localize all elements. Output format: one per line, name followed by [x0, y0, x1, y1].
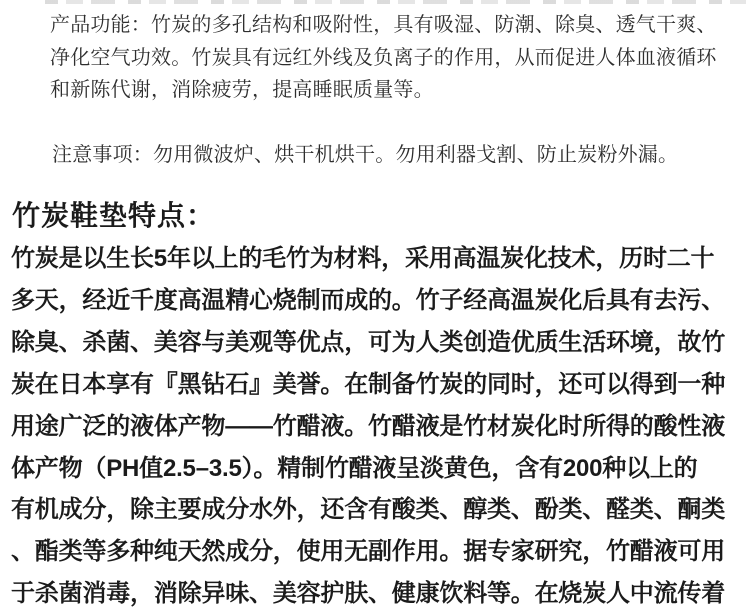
paragraph-line: 竹炭是以生长5年以上的毛竹为材料，采用高温炭化技术，历时二十 [11, 238, 725, 280]
paragraph-line: 和新陈代谢，消除疲劳，提高睡眠质量等。 [50, 74, 717, 107]
product-functions-paragraph: 产品功能：竹炭的多孔结构和吸附性，具有吸湿、防潮、除臭、透气干爽、 净化空气功效… [50, 9, 717, 107]
paragraph-line: 除臭、杀菌、美容与美观等优点，可为人类创造优质生活环境，故竹 [11, 322, 725, 364]
paragraph-line: 有机成分，除主要成分水外，还含有酸类、醇类、酚类、醛类、酮类 [11, 489, 725, 531]
product-description-page: 产品功能：竹炭的多孔结构和吸附性，具有吸湿、防潮、除臭、透气干爽、 净化空气功效… [0, 0, 750, 608]
paragraph-line: 注意事项：勿用微波炉、烘干机烘干。勿用利器戈割、防止炭粉外漏。 [52, 140, 678, 170]
paragraph-line: 多天，经近千度高温精心烧制而成的。竹子经高温炭化后具有去污、 [11, 280, 725, 322]
paragraph-line: 用途广泛的液体产物——竹醋液。竹醋液是竹材炭化时所得的酸性液 [11, 406, 725, 448]
paragraph-line: 、酯类等多种纯天然成分，使用无副作用。据专家研究，竹醋液可用 [11, 531, 725, 573]
notice-paragraph: 注意事项：勿用微波炉、烘干机烘干。勿用利器戈割、防止炭粉外漏。 [52, 140, 678, 170]
paragraph-line: 于杀菌消毒，消除异味、美容护肤、健康饮料等。在烧炭人中流传着 [11, 573, 725, 608]
paragraph-line: 净化空气功效。竹炭具有远红外线及负离子的作用，从而促进人体血液循环 [50, 42, 717, 75]
paragraph-line: 体产物（PH值2.5–3.5）。精制竹醋液呈淡黄色，含有200种以上的 [11, 448, 725, 490]
paragraph-line: 产品功能：竹炭的多孔结构和吸附性，具有吸湿、防潮、除臭、透气干爽、 [50, 9, 717, 42]
features-heading: 竹炭鞋垫特点： [12, 199, 215, 233]
features-paragraph: 竹炭是以生长5年以上的毛竹为材料，采用高温炭化技术，历时二十 多天，经近千度高温… [11, 238, 725, 608]
cropped-text-remnant [45, 0, 746, 4]
paragraph-line: 炭在日本享有『黑钻石』美誉。在制备竹炭的同时，还可以得到一种 [11, 364, 725, 406]
